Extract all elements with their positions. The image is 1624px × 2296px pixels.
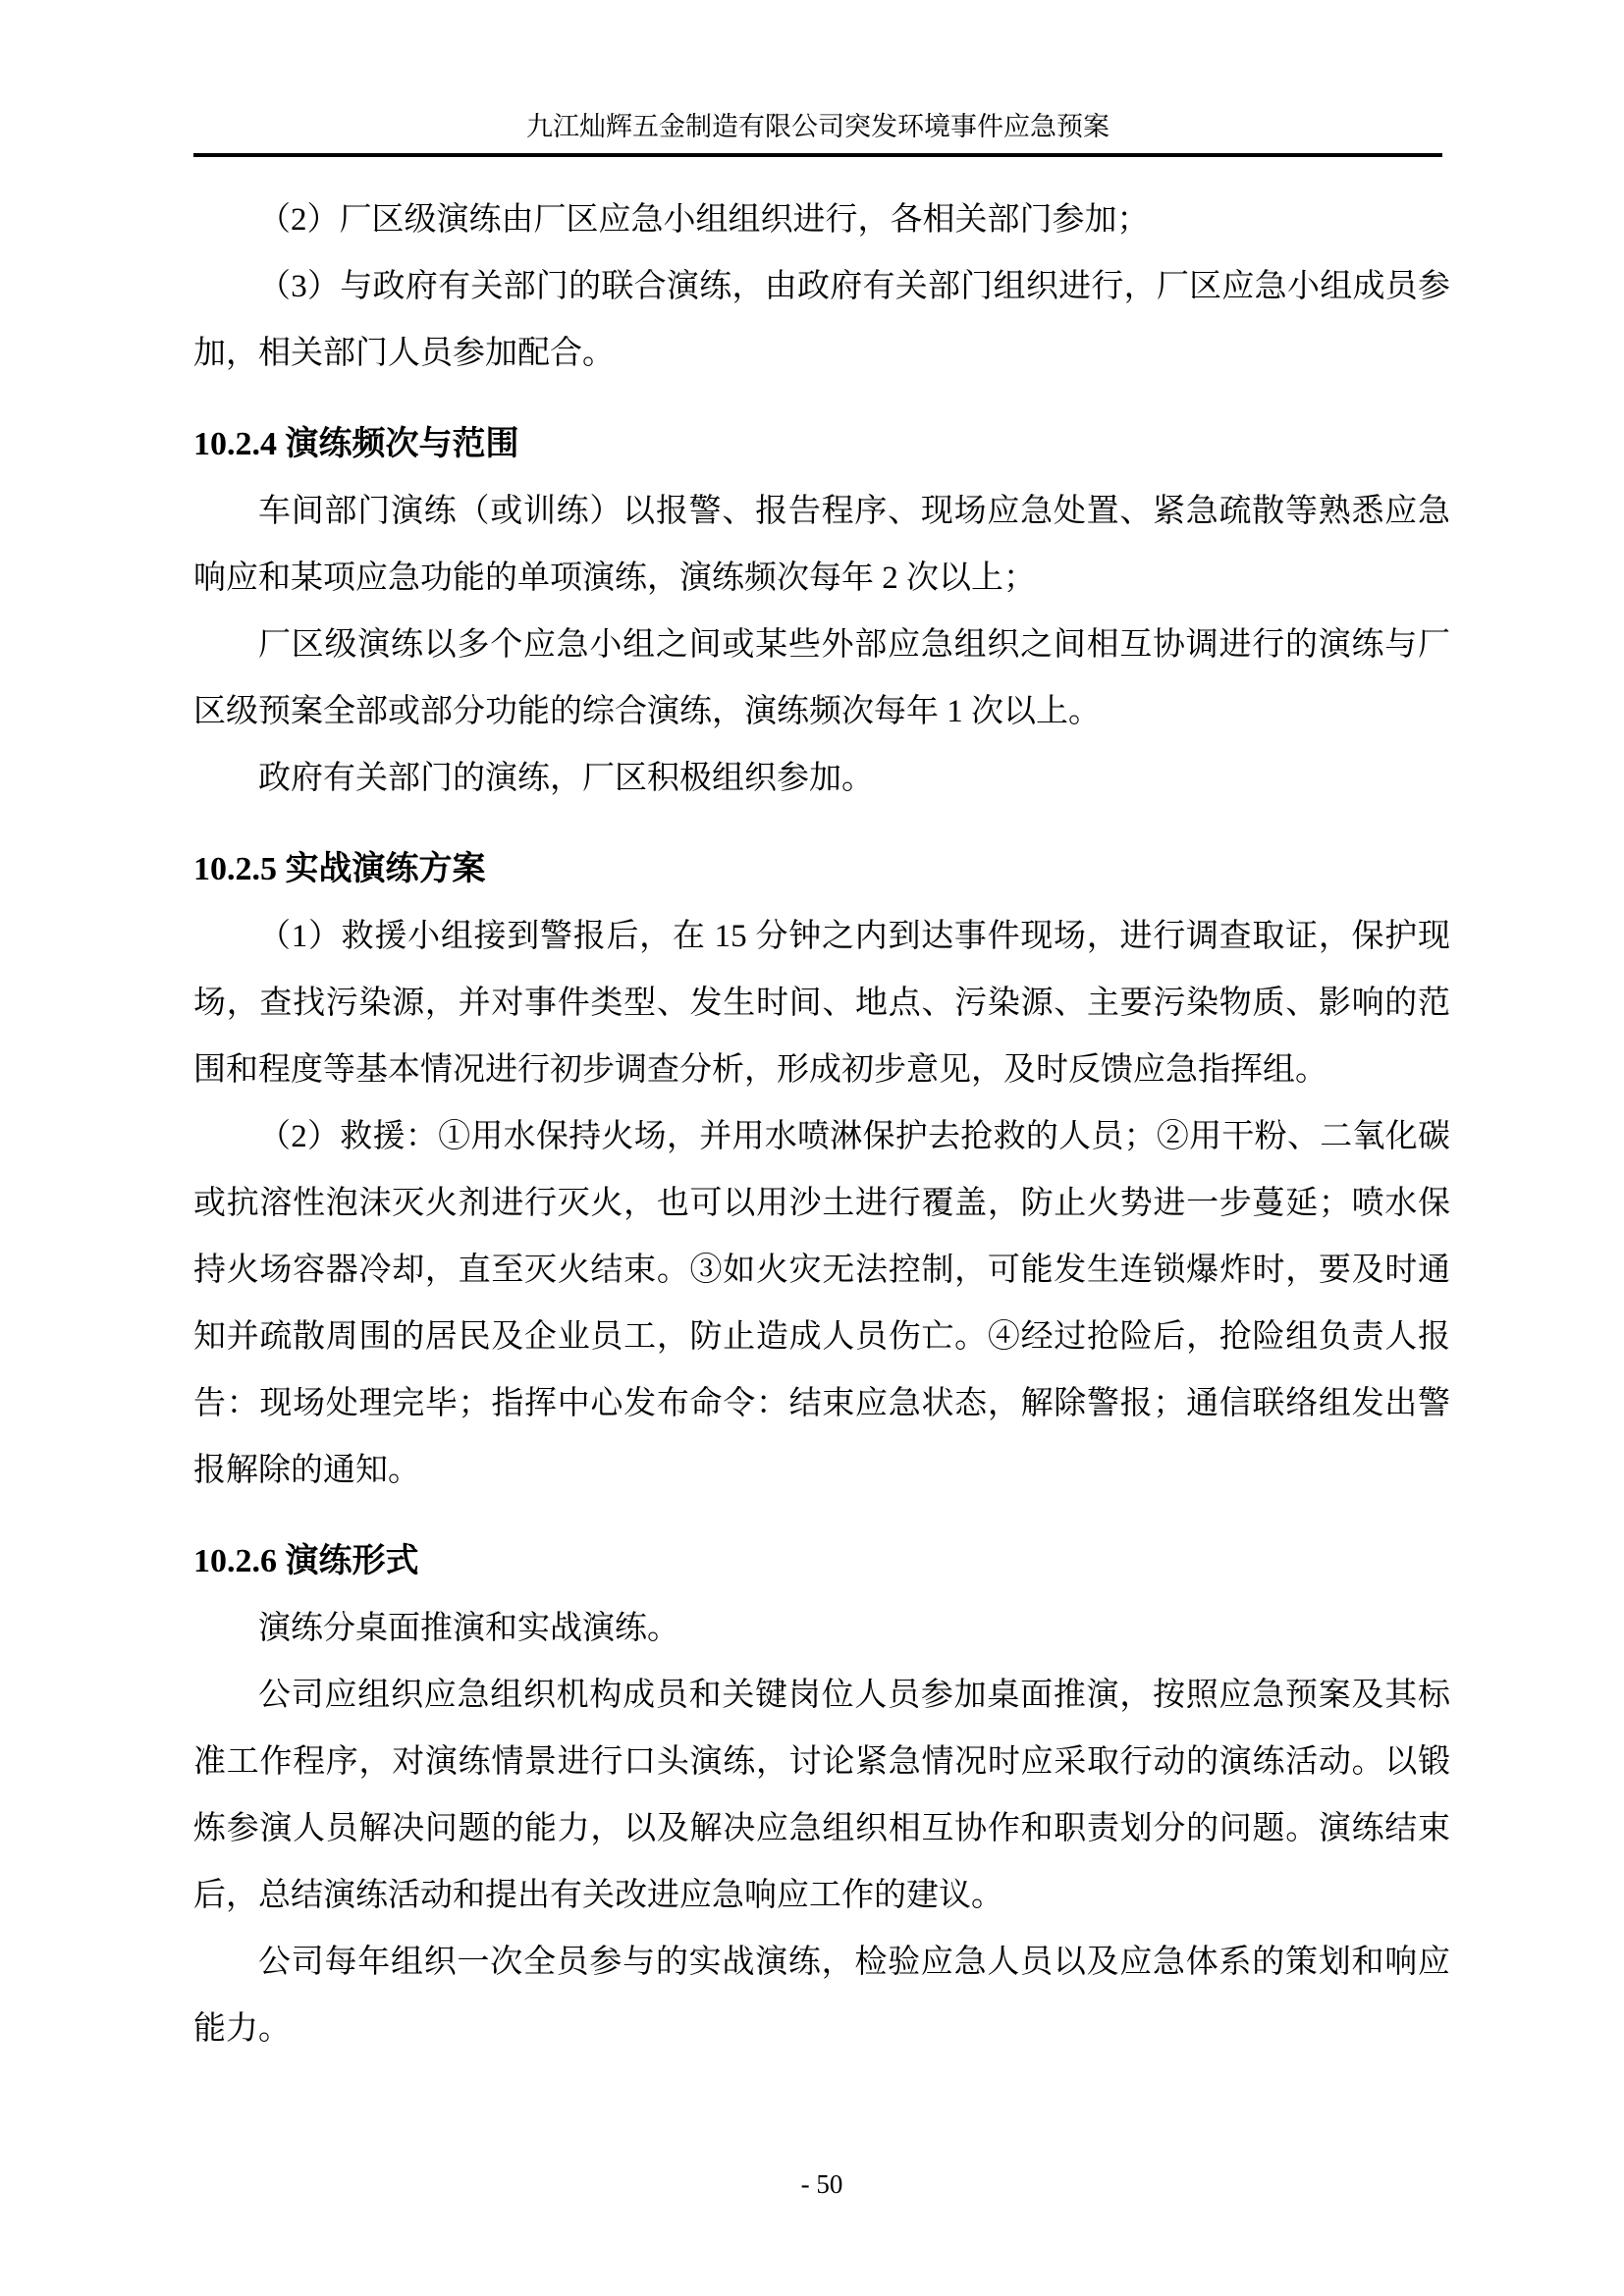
header-title: 九江灿辉五金制造有限公司突发环境事件应急预案 [193, 110, 1442, 143]
paragraph: （2）救援：①用水保持火场，并用水喷淋保护去抢救的人员；②用干粉、二氧化碳或抗溶… [193, 1103, 1450, 1504]
paragraph: （1）救援小组接到警报后，在 15 分钟之内到达事件现场，进行调查取证，保护现场… [193, 903, 1450, 1103]
section-heading-10-2-6: 10.2.6 演练形式 [193, 1528, 1450, 1595]
page-header: 九江灿辉五金制造有限公司突发环境事件应急预案 [193, 110, 1442, 157]
paragraph: （3）与政府有关部门的联合演练，由政府有关部门组织进行，厂区应急小组成员参加，相… [193, 253, 1450, 387]
page-number: - 50 [801, 2169, 843, 2199]
paragraph: 公司应组织应急组织机构成员和关键岗位人员参加桌面推演，按照应急预案及其标准工作程… [193, 1662, 1450, 1929]
paragraph: （2）厂区级演练由厂区应急小组组织进行，各相关部门参加； [193, 187, 1450, 253]
section-heading-10-2-4: 10.2.4 演练频次与范围 [193, 411, 1450, 478]
paragraph: 车间部门演练（或训练）以报警、报告程序、现场应急处置、紧急疏散等熟悉应急响应和某… [193, 478, 1450, 612]
paragraph: 公司每年组织一次全员参与的实战演练，检验应急人员以及应急体系的策划和响应能力。 [193, 1929, 1450, 2062]
document-page: 九江灿辉五金制造有限公司突发环境事件应急预案 （2）厂区级演练由厂区应急小组组织… [0, 0, 1624, 2296]
header-divider [193, 153, 1442, 157]
page-footer: - 50 [193, 2164, 1450, 2204]
paragraph: 厂区级演练以多个应急小组之间或某些外部应急组织之间相互协调进行的演练与厂区级预案… [193, 612, 1450, 745]
paragraph: 演练分桌面推演和实战演练。 [193, 1595, 1450, 1662]
paragraph: 政府有关部门的演练，厂区积极组织参加。 [193, 745, 1450, 812]
section-heading-10-2-5: 10.2.5 实战演练方案 [193, 836, 1450, 903]
document-body: （2）厂区级演练由厂区应急小组组织进行，各相关部门参加； （3）与政府有关部门的… [193, 187, 1450, 2062]
